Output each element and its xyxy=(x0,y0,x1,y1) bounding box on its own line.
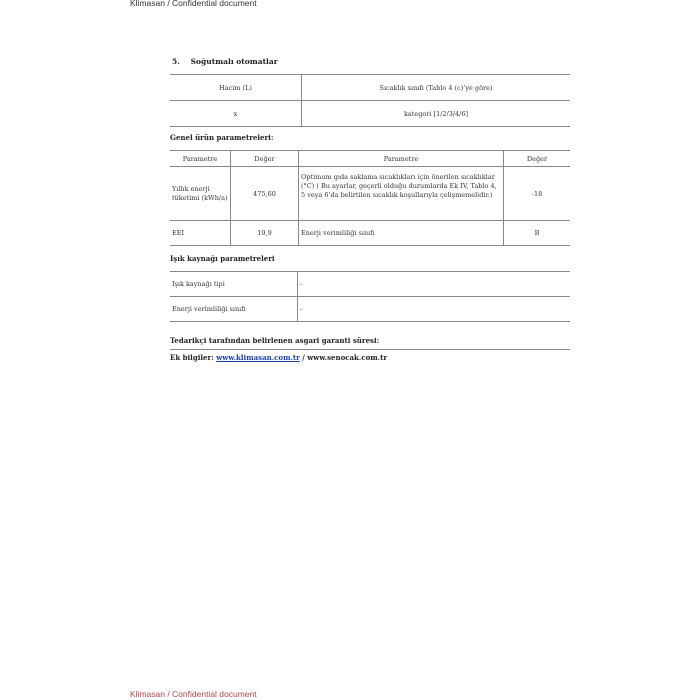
senocak-url: www.senocak.com.tr xyxy=(307,353,387,362)
header-cell: Sıcaklık sınıfı (Tablo 4 (c)’ye göre) xyxy=(302,75,571,101)
table-row: Enerji verimliliği sınıfı - xyxy=(170,297,570,322)
table-cell: x xyxy=(170,101,302,127)
table-cell: Optimum gıda saklama sıcaklıkları için ö… xyxy=(299,167,504,221)
document-page: 5. Soğutmalı otomatlar Hacim (L) Sıcaklı… xyxy=(170,57,570,362)
table-cell: 19,9 xyxy=(231,221,299,246)
page-footer: Klimasan / Confidential document xyxy=(130,689,257,699)
section-title-text: Soğutmalı otomatlar xyxy=(191,57,278,66)
general-params-label: Genel ürün parametreleri: xyxy=(170,133,570,142)
table-cell: EEI xyxy=(170,221,231,246)
table-cell: - xyxy=(298,297,571,322)
table-row: Hacim (L) Sıcaklık sınıfı (Tablo 4 (c)’y… xyxy=(170,75,570,101)
table-cell: Enerji verimliliği sınıfı xyxy=(170,297,298,322)
table-cell: B xyxy=(504,221,571,246)
klimasan-link[interactable]: www.klimasan.com.tr xyxy=(216,353,300,362)
volume-class-table: Hacim (L) Sıcaklık sınıfı (Tablo 4 (c)’y… xyxy=(170,74,570,127)
table-row: EEI 19,9 Enerji verimliliği sınıfı B xyxy=(170,221,570,246)
header-cell: Hacim (L) xyxy=(170,75,302,101)
table-cell: 475,60 xyxy=(231,167,299,221)
table-cell: kategori [1/2/3/4/6] xyxy=(302,101,571,127)
general-params-table: Parametre Değer Parametre Değer Yıllık e… xyxy=(170,150,570,246)
table-row: x kategori [1/2/3/4/6] xyxy=(170,101,570,127)
section-number: 5. xyxy=(172,57,188,66)
table-header-row: Parametre Değer Parametre Değer xyxy=(170,151,570,167)
section-title: 5. Soğutmalı otomatlar xyxy=(172,57,570,66)
table-cell: Işık kaynağı tipi xyxy=(170,272,298,297)
table-row: Işık kaynağı tipi - xyxy=(170,272,570,297)
table-row: Yıllık enerji tüketimi (kWh/a) 475,60 Op… xyxy=(170,167,570,221)
light-params-table: Işık kaynağı tipi - Enerji verimliliği s… xyxy=(170,271,570,322)
header-cell: Değer xyxy=(504,151,571,167)
extra-info-label: Ek bilgiler: xyxy=(170,353,214,362)
table-cell: Enerji verimliliği sınıfı xyxy=(299,221,504,246)
table-cell: -18 xyxy=(504,167,571,221)
table-cell: - xyxy=(298,272,571,297)
header-cell: Parametre xyxy=(299,151,504,167)
light-params-label: Işık kaynağı parametreleri xyxy=(170,254,570,263)
extra-info: Ek bilgiler: www.klimasan.com.tr / www.s… xyxy=(170,353,570,362)
table-cell: Yıllık enerji tüketimi (kWh/a) xyxy=(170,167,231,221)
warranty-label: Tedarikçi tarafından belirlenen asgari g… xyxy=(170,336,570,350)
header-cell: Parametre xyxy=(170,151,231,167)
header-cell: Değer xyxy=(231,151,299,167)
page-header: Klimasan / Confidential document xyxy=(130,0,257,8)
